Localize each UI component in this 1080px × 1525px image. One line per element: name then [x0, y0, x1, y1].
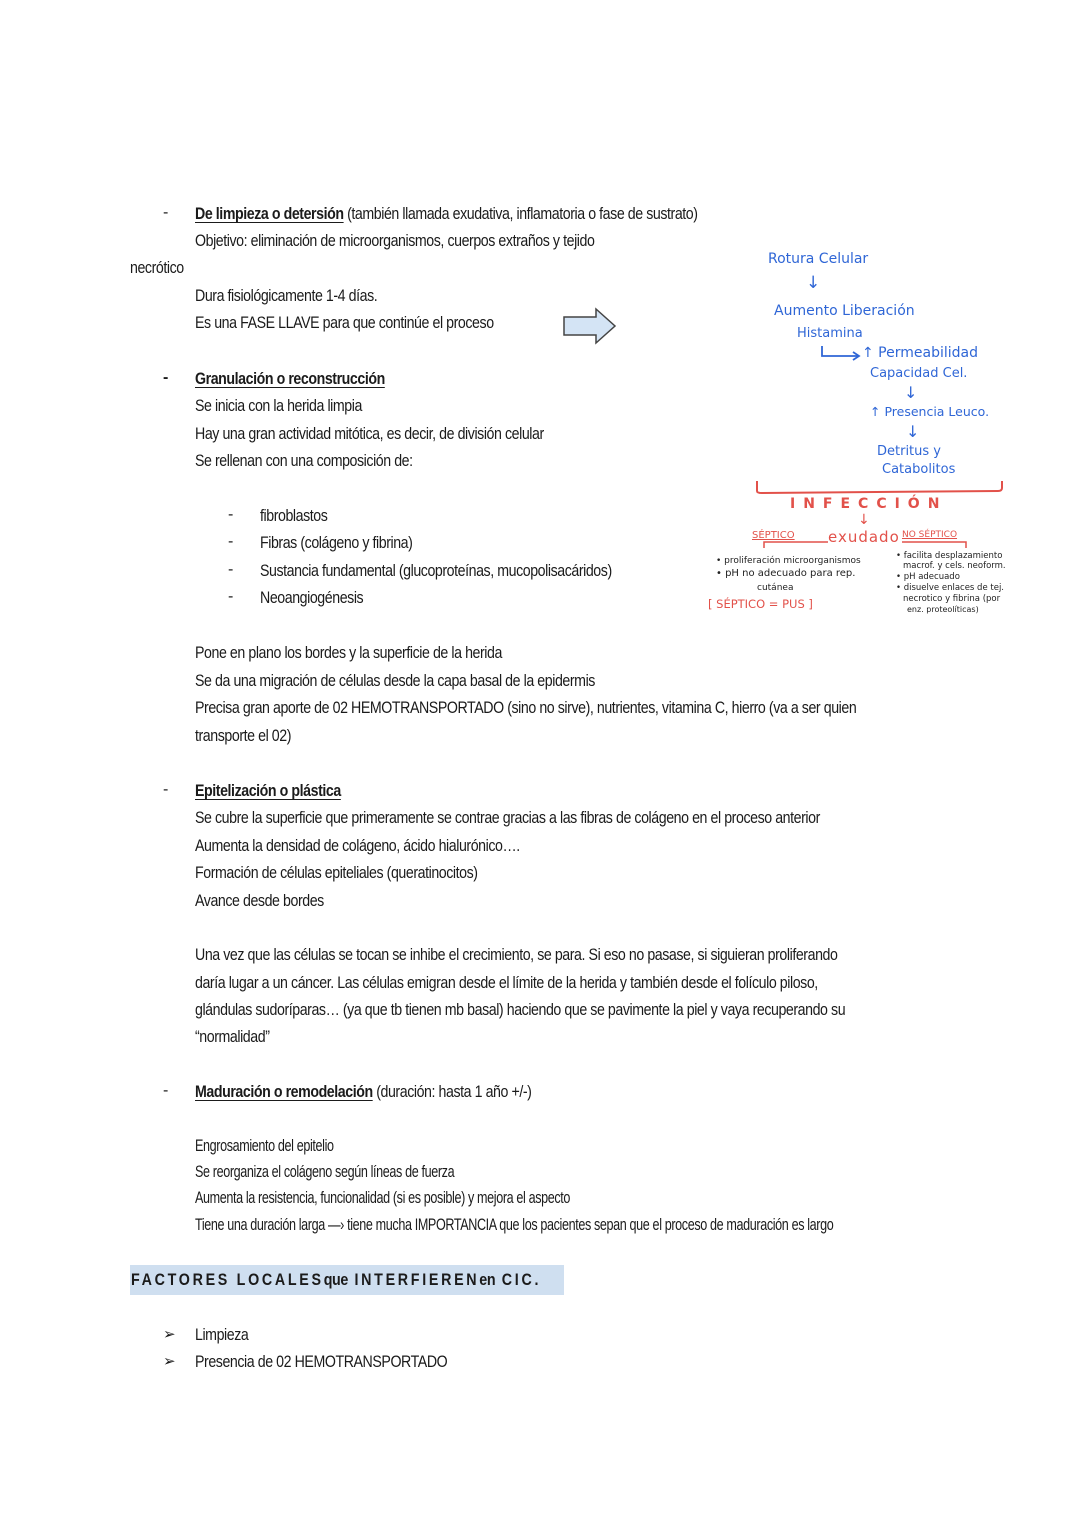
factor-item: Limpieza: [195, 1325, 248, 1345]
phase-3-title: Epitelización o plástica: [195, 781, 341, 801]
nonseptic-point: • disuelve enlaces de tej.: [896, 583, 1004, 593]
phase-1-heading: De limpieza o detersión (también llamada…: [195, 204, 698, 224]
diagram-step: Aumento Liberación: [774, 303, 915, 319]
phase-3-line: Aumenta la densidad de colágeno, ácido h…: [195, 836, 520, 856]
heading-word: INTERFIEREN: [355, 1270, 480, 1289]
diagram-step: Histamina: [797, 326, 863, 341]
phase-4-heading: Maduración o remodelación (duración: has…: [195, 1082, 531, 1102]
septic-point: • pH no adecuado para rep.: [716, 569, 855, 579]
phase-1-subtitle: (también llamada exudativa, inflamatoria…: [347, 205, 697, 223]
diagram-step: Rotura Celular: [768, 251, 868, 267]
phase-2-after-line: transporte el 02): [195, 726, 291, 746]
septic-note: [ SÉPTICO = PUS ]: [708, 597, 813, 611]
component-item: Neoangiogénesis: [260, 588, 363, 608]
phase-4-line: Tiene una duración larga —› tiene mucha …: [195, 1215, 833, 1235]
phase-3-paragraph-line: glándulas sudoríparas… (ya que tb tienen…: [195, 1000, 845, 1020]
list-dash: -: [228, 588, 233, 606]
septic-point: • proliferación microorganismos: [716, 556, 861, 566]
brace-icon: [754, 480, 1006, 496]
phase-2-title: Granulación o reconstrucción: [195, 369, 385, 389]
list-dash: -: [163, 204, 168, 222]
nonseptic-point: enz. proteolíticas): [907, 605, 979, 615]
phase-1-line: Dura fisiológicamente 1-4 días.: [195, 286, 377, 306]
right-arrow-icon: [562, 307, 618, 345]
phase-1-line: Es una FASE LLAVE para que continúe el p…: [195, 313, 494, 333]
right-branch-arrow-icon: [900, 533, 970, 549]
phase-4-subtitle: (duración: hasta 1 año +/-): [376, 1083, 531, 1101]
diagram-step: Capacidad Cel.: [870, 366, 967, 381]
phase-2-line: Se rellenan con una composición de:: [195, 451, 413, 471]
phase-3-line: Avance desde bordes: [195, 891, 324, 911]
nonseptic-point: • pH adecuado: [896, 572, 960, 582]
component-item: fibroblastos: [260, 506, 327, 526]
phase-1-line: Objetivo: eliminación de microorganismos…: [195, 231, 594, 251]
phase-4-line: Aumenta la resistencia, funcionalidad (s…: [195, 1188, 570, 1208]
left-branch-arrow-icon: [760, 533, 830, 549]
down-arrow-icon: ↓: [806, 273, 820, 293]
heading-word: que: [324, 1270, 348, 1289]
list-dash: -: [228, 506, 233, 524]
list-dash: -: [228, 561, 233, 579]
nonseptic-point: necrotico y fibrina (por: [903, 594, 1000, 604]
infection-label: INFECCIÓN: [790, 496, 947, 512]
phase-3-paragraph-line: daría lugar a un cáncer. Las células emi…: [195, 973, 818, 993]
phase-1-title: De limpieza o detersión: [195, 205, 344, 223]
phase-4-title: Maduración o remodelación: [195, 1083, 373, 1101]
phase-3-paragraph-line: “normalidad”: [195, 1027, 269, 1047]
septic-point: cutánea: [757, 583, 793, 593]
phase-3-paragraph-line: Una vez que las células se tocan se inhi…: [195, 945, 837, 965]
diagram-step: Detritus y: [877, 444, 941, 459]
list-dash: -: [163, 781, 168, 799]
arrow-bullet-icon: ➢: [163, 1352, 175, 1372]
diagram-step: ↑ Presencia Leuco.: [870, 404, 989, 419]
phase-4-line: Engrosamiento del epitelio: [195, 1136, 334, 1156]
phase-2-line: Se inicia con la herida limpia: [195, 396, 362, 416]
nonseptic-point: • facilita desplazamiento: [896, 551, 1002, 561]
phase-2-after-line: Pone en plano los bordes y la superficie…: [195, 643, 502, 663]
list-dash: -: [163, 369, 168, 387]
diagram-step: Catabolitos: [882, 462, 955, 477]
component-item: Fibras (colágeno y fibrina): [260, 533, 412, 553]
heading-word: LOCALES: [237, 1270, 324, 1289]
component-item: Sustancia fundamental (glucoproteínas, m…: [260, 561, 612, 581]
hook-arrow-icon: [820, 345, 866, 361]
phase-2-after-line: Precisa gran aporte de 02 HEMOTRANSPORTA…: [195, 698, 856, 718]
heading-word: CIC.: [502, 1270, 541, 1289]
down-arrow-icon: ↓: [904, 383, 917, 402]
phase-3-line: Formación de células epiteliales (querat…: [195, 863, 478, 883]
list-dash: -: [163, 1082, 168, 1100]
heading-word: en: [479, 1270, 495, 1289]
down-arrow-icon: ↓: [906, 422, 919, 441]
list-dash: -: [228, 533, 233, 551]
phase-2-after-line: Se da una migración de células desde la …: [195, 671, 595, 691]
down-arrow-icon: ↓: [858, 512, 870, 528]
phase-2-line: Hay una gran actividad mitótica, es deci…: [195, 424, 544, 444]
phase-4-line: Se reorganiza el colágeno según líneas d…: [195, 1162, 454, 1182]
factors-heading: FACTORES LOCALESque INTERFIERENen CIC.: [131, 1270, 541, 1290]
diagram-step: ↑ Permeabilidad: [862, 345, 978, 361]
factor-item: Presencia de 02 HEMOTRANSPORTADO: [195, 1352, 447, 1372]
phase-3-line: Se cubre la superficie que primeramente …: [195, 808, 820, 828]
arrow-bullet-icon: ➢: [163, 1325, 175, 1345]
phase-1-line: necrótico: [130, 258, 184, 278]
nonseptic-point: macrof. y cels. neoform.: [903, 561, 1006, 571]
exudate-label: exudado: [828, 528, 900, 546]
heading-word: FACTORES: [131, 1270, 230, 1289]
